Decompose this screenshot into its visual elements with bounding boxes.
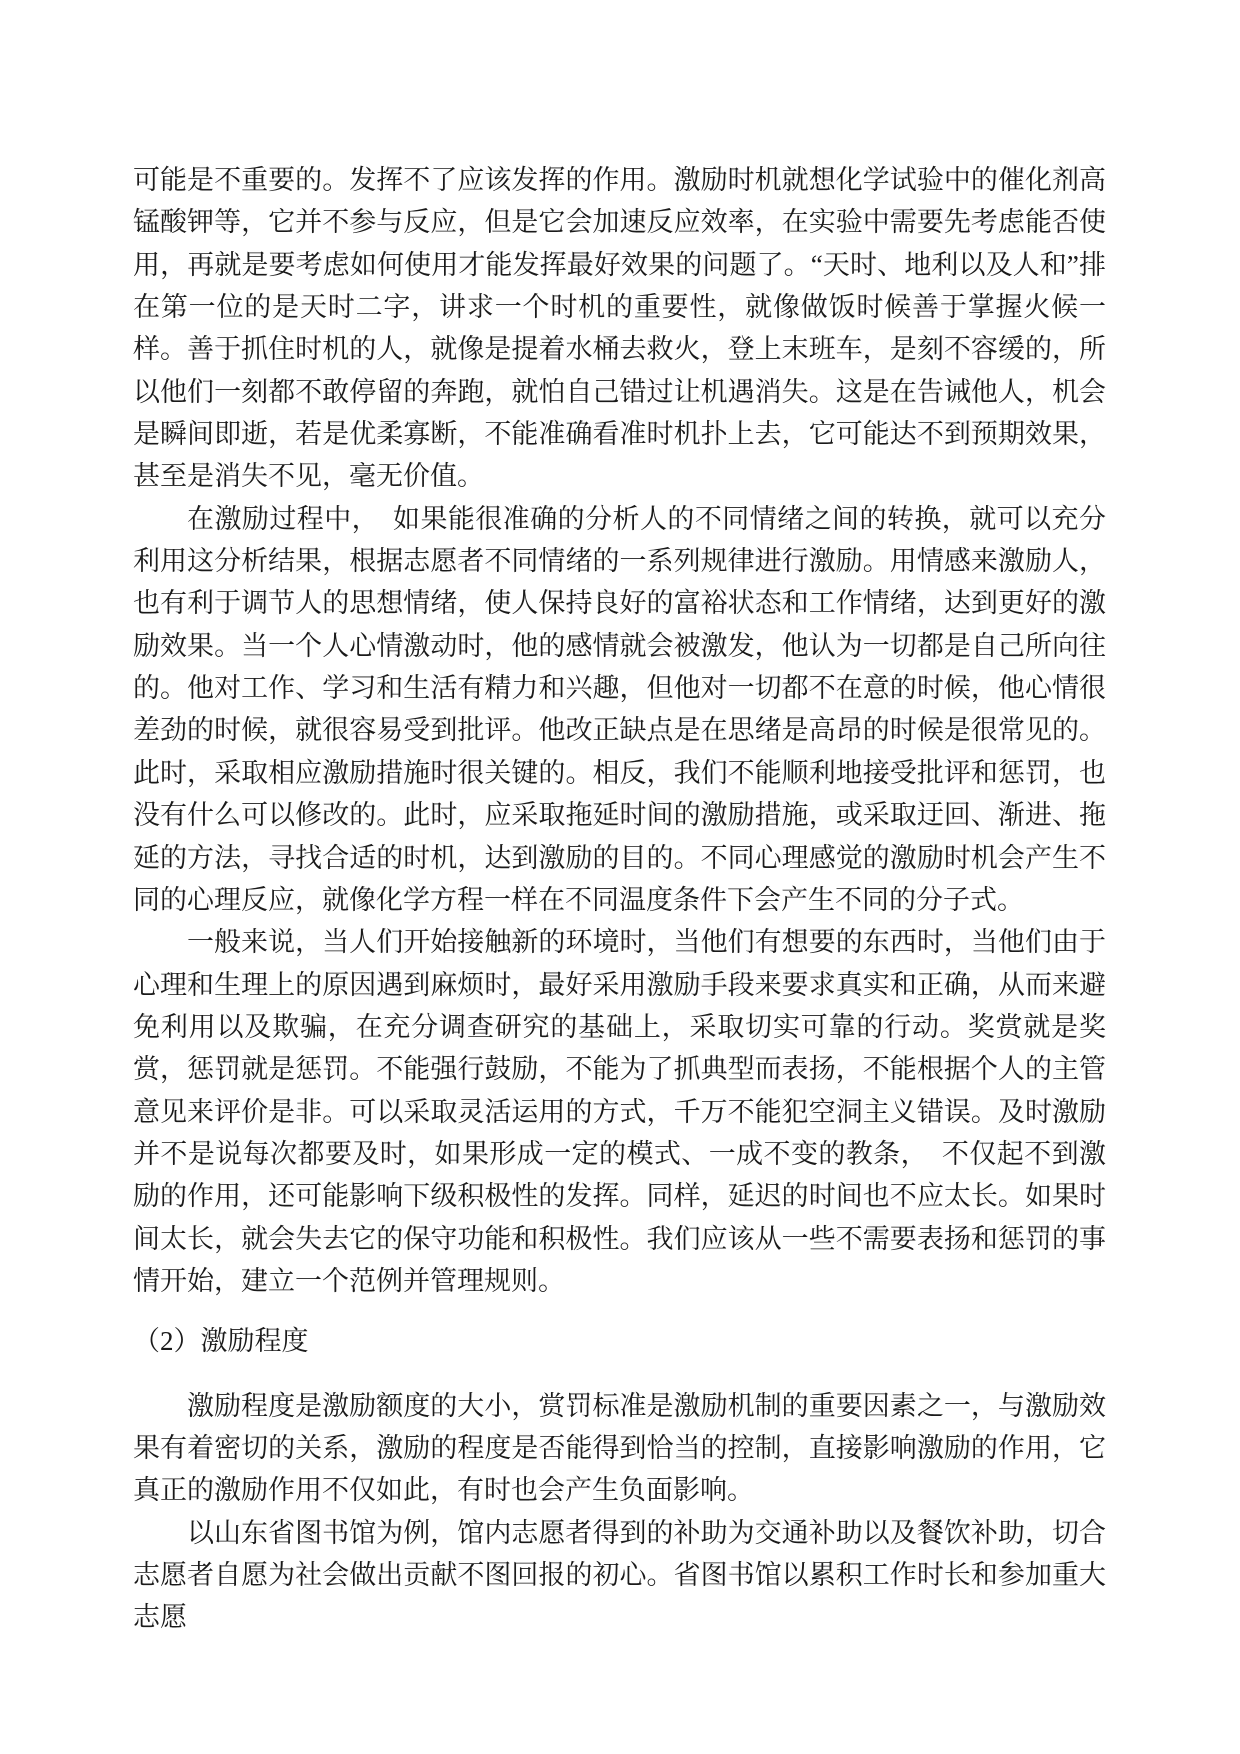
document-page: 可能是不重要的。发挥不了应该发挥的作用。激励时机就想化学试验中的催化剂高锰酸钾等…: [0, 0, 1240, 1754]
body-paragraph-4: 激励程度是激励额度的大小，赏罚标准是激励机制的重要因素之一，与激励效果有着密切的…: [133, 1385, 1106, 1512]
body-paragraph-1: 可能是不重要的。发挥不了应该发挥的作用。激励时机就想化学试验中的催化剂高锰酸钾等…: [133, 159, 1106, 498]
body-paragraph-3: 一般来说，当人们开始接触新的环境时，当他们有想要的东西时，当他们由于心理和生理上…: [133, 921, 1106, 1302]
body-paragraph-2: 在激励过程中， 如果能很准确的分析人的不同情绪之间的转换，就可以充分利用这分析结…: [133, 498, 1106, 921]
body-paragraph-5: 以山东省图书馆为例，馆内志愿者得到的补助为交通补助以及餐饮补助，切合志愿者自愿为…: [133, 1512, 1106, 1639]
document-text-block: 可能是不重要的。发挥不了应该发挥的作用。激励时机就想化学试验中的催化剂高锰酸钾等…: [133, 159, 1106, 1639]
section-heading: （2）激励程度: [133, 1320, 1106, 1362]
